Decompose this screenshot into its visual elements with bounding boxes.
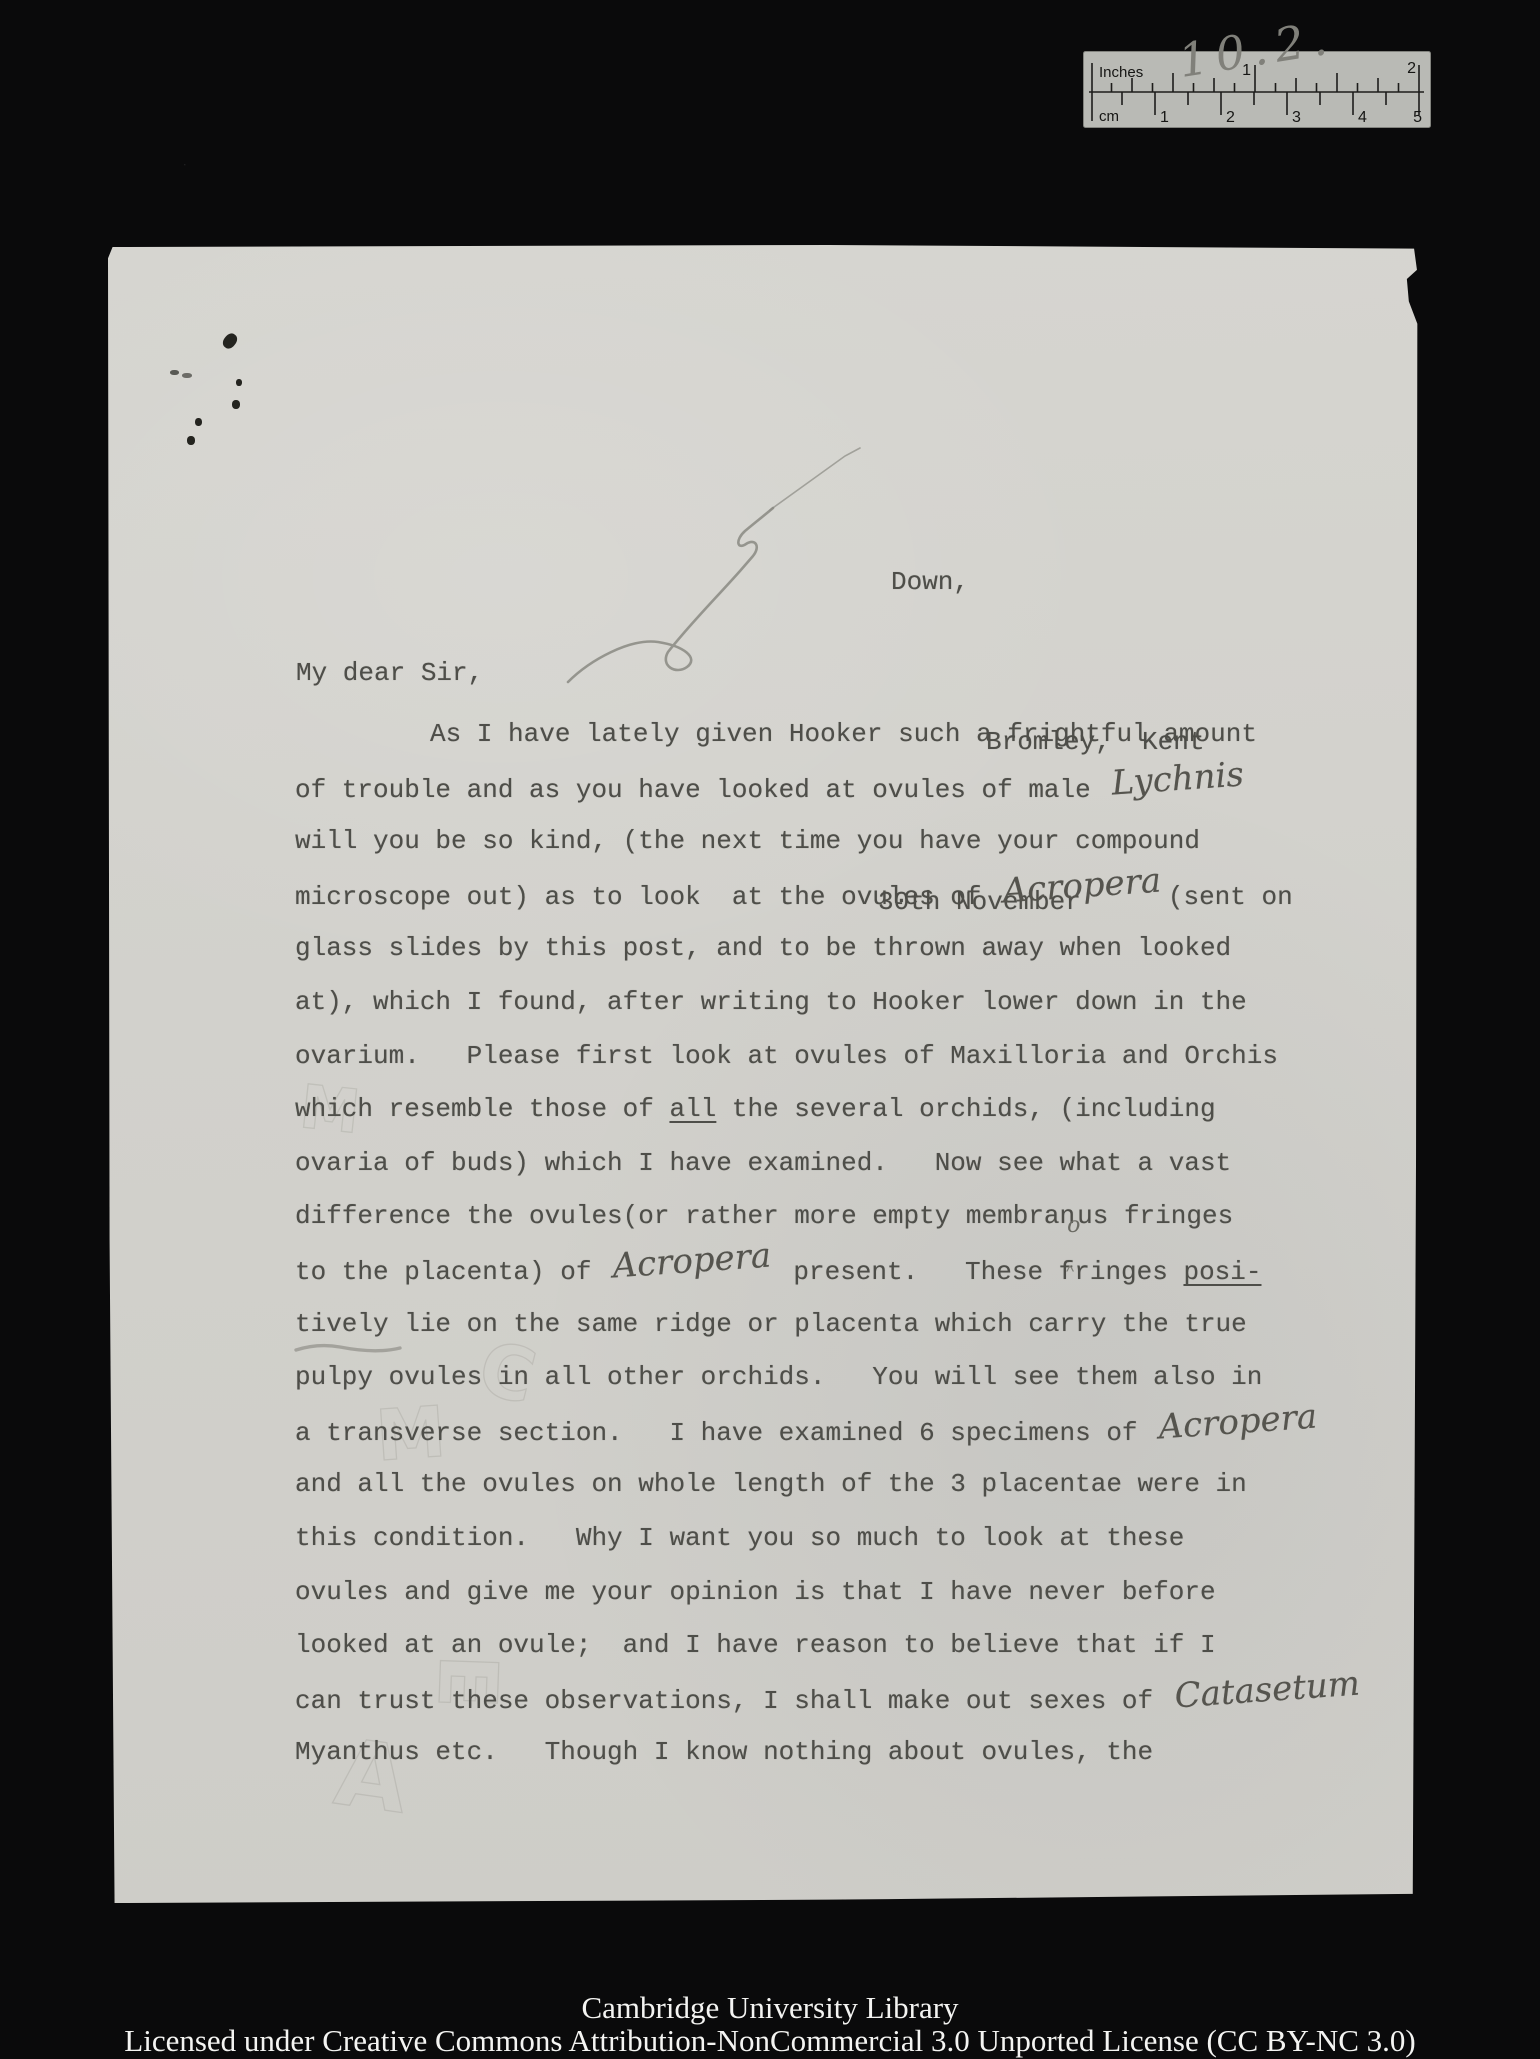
- letter-line: of trouble and as you have looked at ovu…: [295, 760, 1366, 814]
- typed-text: will you be so kind, (the next time you …: [295, 826, 1200, 856]
- letter-line: at), which I found, after writing to Hoo…: [295, 974, 1366, 1028]
- letter-line: and all the ovules on whole length of th…: [295, 1456, 1366, 1510]
- letter-line: difference the ovules(or rather more emp…: [295, 1188, 1366, 1242]
- ruler-cm-number: 5: [1413, 109, 1422, 126]
- ruler-cm-number: 4: [1358, 109, 1367, 126]
- ruler-cm-number: 1: [1160, 109, 1169, 126]
- letter-line: Myanthus etc. Though I know nothing abou…: [295, 1724, 1366, 1778]
- ruler-cm-label: cm: [1099, 108, 1119, 125]
- typed-text: tively lie on the same ridge or placenta…: [295, 1309, 1247, 1339]
- license-text: Licensed under Creative Commons Attribut…: [0, 2024, 1540, 2057]
- typed-text: (sent on: [1168, 882, 1293, 912]
- typed-text: can trust these observations, I shall ma…: [295, 1686, 1169, 1716]
- scan-mount: Inches cm 1 2 1 2 3 4 5 M C M E A Down, …: [0, 0, 1540, 2059]
- typed-text: to the placenta) of: [295, 1257, 607, 1287]
- handwritten-word: Acropera: [1001, 854, 1163, 919]
- typed-text: present. These fringes: [778, 1257, 1184, 1287]
- typed-text: Myanthus etc. Though I know nothing abou…: [295, 1737, 1153, 1767]
- letter-salutation: My dear Sir,: [296, 658, 483, 688]
- handwritten-word: Lychnis: [1110, 748, 1246, 811]
- ink-speck: [170, 370, 179, 375]
- letter-line: can trust these observations, I shall ma…: [295, 1671, 1366, 1725]
- letter-page: M C M E A Down, Bromley, Kent 30th Novem…: [108, 245, 1418, 1903]
- ruler-cm-number: 3: [1292, 109, 1301, 126]
- typed-text: the several orchids, (including: [716, 1094, 1215, 1124]
- typed-text: us fringes: [1077, 1201, 1233, 1231]
- typed-text: ovarium. Please first look at ovules of …: [295, 1041, 1278, 1071]
- ink-speck: [232, 400, 240, 409]
- ink-speck: [220, 331, 239, 351]
- letter-line: ovarium. Please first look at ovules of …: [295, 1028, 1366, 1082]
- typed-text: a transverse section. I have examined 6 …: [295, 1418, 1153, 1448]
- letter-line: pulpy ovules in all other orchids. You w…: [295, 1349, 1366, 1403]
- ruler-inches-label: Inches: [1099, 64, 1143, 81]
- letter-line: microscope out) as to look at the ovules…: [295, 867, 1366, 921]
- typed-text: ovules and give me your opinion is that …: [295, 1577, 1216, 1607]
- typed-text: microscope out) as to look at the ovules…: [295, 882, 997, 912]
- library-credit: Cambridge University Library: [0, 1992, 1540, 2024]
- letter-body: As I have lately given Hooker such a fri…: [295, 706, 1366, 1778]
- handwritten-word: Acropera: [611, 1229, 773, 1294]
- ink-speck: [195, 418, 202, 426]
- typed-text-underlined: posi-: [1183, 1257, 1261, 1287]
- letter-line: a transverse section. I have examined 6 …: [295, 1403, 1366, 1457]
- typed-text: glass slides by this post, and to be thr…: [295, 933, 1231, 963]
- letter-line: ovules and give me your opinion is that …: [295, 1564, 1366, 1618]
- letter-line: this condition. Why I want you so much t…: [295, 1510, 1366, 1564]
- typed-text: pulpy ovules in all other orchids. You w…: [295, 1362, 1262, 1392]
- typed-text: As I have lately given Hooker such a fri…: [430, 719, 1257, 749]
- typed-text: which resemble those of: [295, 1094, 669, 1124]
- letter-line: which resemble those of all the several …: [295, 1081, 1366, 1135]
- ink-speck: [187, 436, 195, 445]
- letter-line: will you be so kind, (the next time you …: [295, 813, 1366, 867]
- typed-text: ovaria of buds) which I have examined. N…: [295, 1148, 1231, 1178]
- typed-text: and all the ovules on whole length of th…: [295, 1469, 1247, 1499]
- footer-caption: Cambridge University Library Licensed un…: [0, 1992, 1540, 2057]
- ink-speck: [182, 373, 192, 378]
- typed-text: at), which I found, after writing to Hoo…: [295, 987, 1247, 1017]
- ruler-inch-number: 2: [1407, 60, 1416, 77]
- typed-text: this condition. Why I want you so much t…: [295, 1523, 1184, 1553]
- typed-text-underlined: all: [669, 1094, 716, 1124]
- letter-line: looked at an ovule; and I have reason to…: [295, 1617, 1366, 1671]
- typed-text: difference the ovules(or rather more emp…: [295, 1201, 1075, 1231]
- letter-line: tively lie on the same ridge or placenta…: [295, 1296, 1366, 1350]
- typed-text: of trouble and as you have looked at ovu…: [295, 775, 1106, 805]
- letter-line: glass slides by this post, and to be thr…: [295, 920, 1366, 974]
- handwritten-word: Acropera: [1157, 1390, 1319, 1455]
- ruler-cm-number: 2: [1226, 109, 1235, 126]
- letter-line: ovaria of buds) which I have examined. N…: [295, 1135, 1366, 1189]
- letter-line: to the placenta) of Acropera present. Th…: [295, 1242, 1366, 1296]
- caret-mark: ^: [1066, 1245, 1074, 1299]
- typed-text: looked at an ovule; and I have reason to…: [295, 1630, 1216, 1660]
- ink-speck: [236, 379, 242, 386]
- address-line: Down,: [878, 556, 1204, 609]
